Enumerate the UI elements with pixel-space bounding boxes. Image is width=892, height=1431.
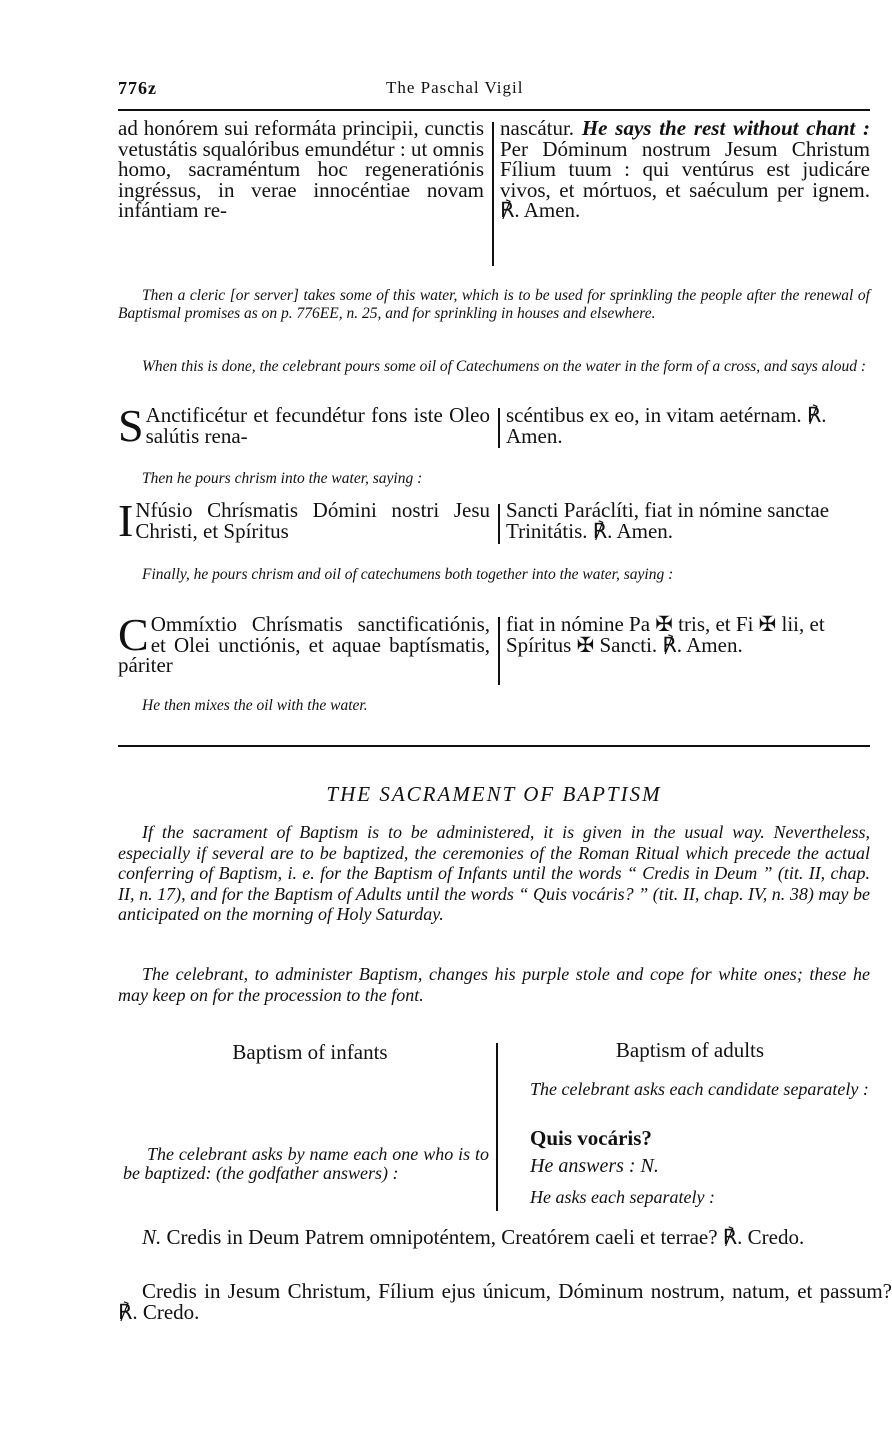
adults-question: Quis vocáris? [530, 1126, 652, 1151]
prayer2-right-column: scéntibus ex eo, in vitam aetérnam. ℟. A… [506, 405, 870, 446]
prayer2-left-column: S Anctificétur et fecundétur fons iste O… [118, 405, 490, 446]
infants-rubric: The celebrant asks by name each one who … [123, 1145, 489, 1183]
column-divider [498, 504, 500, 544]
column-divider [496, 1043, 498, 1211]
creed-q1-text: Credis in Deum Patrem omnipoténtem, Crea… [167, 1225, 805, 1249]
column-divider [498, 408, 500, 448]
prayer1-right-column: nascátur. He says the rest without chant… [500, 118, 870, 221]
creed-question-1: N. Credis in Deum Patrem omnipoténtem, C… [118, 1227, 892, 1248]
rubric-mix-oils: Finally, he pours chrism and oil of cate… [118, 566, 870, 584]
rubric-mixes-oil: He then mixes the oil with the water. [118, 697, 618, 715]
section-title: THE SACRAMENT OF BAPTISM [118, 782, 870, 807]
page-number: 776z [118, 78, 157, 99]
header-rule [118, 109, 870, 111]
creed-n: N. [142, 1225, 161, 1249]
adults-answer-rubric: He answers : N. [530, 1156, 659, 1177]
prayer1-left-column: ad honórem sui reformáta principii, cunc… [118, 118, 484, 221]
column-divider [492, 122, 494, 266]
prayer4-right-column: fiat in nómine Pa ✠ tris, et Fi ✠ lii, e… [506, 614, 870, 655]
rubric-oil-catechumens: When this is done, the celebrant pours s… [118, 358, 870, 376]
adults-rubric: The celebrant asks each candidate separa… [506, 1080, 878, 1099]
page-header: 776z The Paschal Vigil [118, 78, 870, 100]
rubric-chrism: Then he pours chrism into the water, say… [118, 470, 870, 488]
section-rule [118, 745, 870, 747]
dropcap-s: S [118, 407, 144, 445]
section-intro-vestments: The celebrant, to administer Baptism, ch… [118, 964, 870, 1005]
dropcap-i: I [118, 502, 133, 540]
prayer3-right-column: Sancti Paráclíti, fiat in nómine sanctae… [506, 500, 870, 541]
prayer2-left-text: Anctificétur et fecundétur fons iste Ole… [146, 403, 490, 448]
column-divider [498, 617, 500, 685]
prayer4-left-text: Ommíxtio Chrísmatis sanctificatiónis, et… [118, 612, 490, 677]
prayer3-left-column: I Nfúsio Chrísmatis Dómini nostri Jesu C… [118, 500, 490, 541]
adults-each-rubric: He asks each separately : [530, 1187, 715, 1208]
prayer1-left-text: ad honórem sui reformáta principii, cunc… [118, 116, 484, 222]
dropcap-c: C [118, 616, 149, 654]
prayer1-right-end: Per Dóminum nostrum Jesum Christum Fíliu… [500, 137, 870, 223]
section-intro: If the sacrament of Baptism is to be adm… [118, 822, 870, 925]
prayer4-left-column: C Ommíxtio Chrísmatis sanctificatiónis, … [118, 614, 490, 676]
running-title: The Paschal Vigil [386, 78, 523, 98]
infants-heading: Baptism of infants [140, 1040, 480, 1065]
adults-heading: Baptism of adults [510, 1038, 870, 1063]
rubric-sprinkling: Then a cleric [or server] takes some of … [118, 287, 870, 323]
prayer3-left-text: Nfúsio Chrísmatis Dómini nostri Jesu Chr… [135, 498, 490, 543]
creed-question-2: Credis in Jesum Christum, Fílium ejus ún… [118, 1281, 892, 1322]
